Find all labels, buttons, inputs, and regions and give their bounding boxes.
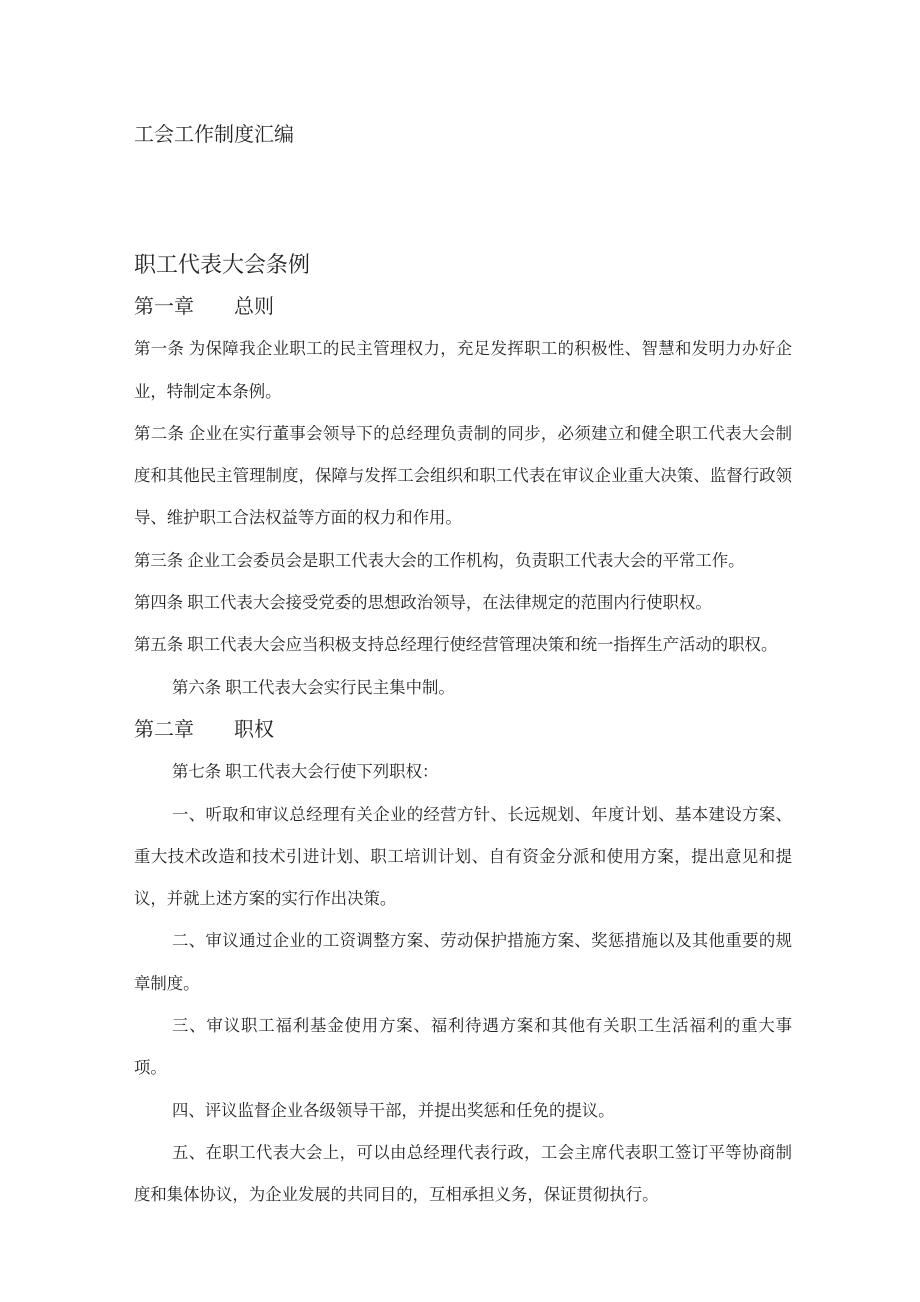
paragraph: 四、评议监督企业各级领导干部，并提出奖惩和任免的提议。 (134, 1090, 792, 1132)
paragraph: 第二条 企业在实行董事会领导下的总经理负责制的同步，必须建立和健全职工代表大会制… (134, 413, 792, 540)
blank-space (134, 156, 792, 244)
paragraph: 第五条 职工代表大会应当积极支持总经理行使经营管理决策和统一指挥生产活动的职权。 (134, 624, 792, 666)
paragraph: 二、审议通过企业的工资调整方案、劳动保护措施方案、奖惩措施以及其他重要的规章制度… (134, 920, 792, 1005)
paragraph: 第一条 为保障我企业职工的民主管理权力，充足发挥职工的积极性、智慧和发明力办好企… (134, 328, 792, 413)
paragraph: 三、审议职工福利基金使用方案、福利待遇方案和其他有关职工生活福利的重大事项。 (134, 1005, 792, 1090)
chapter-heading: 第二章 职权 (134, 709, 792, 751)
paragraph: 第七条 职工代表大会行使下列职权： (134, 751, 792, 793)
paragraph: 五、在职工代表大会上，可以由总经理代表行政，工会主席代表职工签订平等协商制度和集… (134, 1132, 792, 1217)
paragraph: 第四条 职工代表大会接受党委的思想政治领导，在法律规定的范围内行使职权。 (134, 582, 792, 624)
paragraph: 第六条 职工代表大会实行民主集中制。 (134, 667, 792, 709)
paragraph-list: 第一章 总则第一条 为保障我企业职工的民主管理权力，充足发挥职工的积极性、智慧和… (134, 286, 792, 1217)
paragraph: 第三条 企业工会委员会是职工代表大会的工作机构，负责职工代表大会的平常工作。 (134, 540, 792, 582)
document-header: 工会工作制度汇编 (134, 114, 792, 156)
chapter-heading: 第一章 总则 (134, 286, 792, 328)
document-title: 职工代表大会条例 (134, 244, 792, 286)
paragraph: 一、听取和审议总经理有关企业的经营方针、长远规划、年度计划、基本建设方案、重大技… (134, 794, 792, 921)
document-page: { "page": { "width": 920, "height": 1302… (0, 0, 920, 1302)
document-content: 工会工作制度汇编 职工代表大会条例 第一章 总则第一条 为保障我企业职工的民主管… (134, 114, 792, 1217)
